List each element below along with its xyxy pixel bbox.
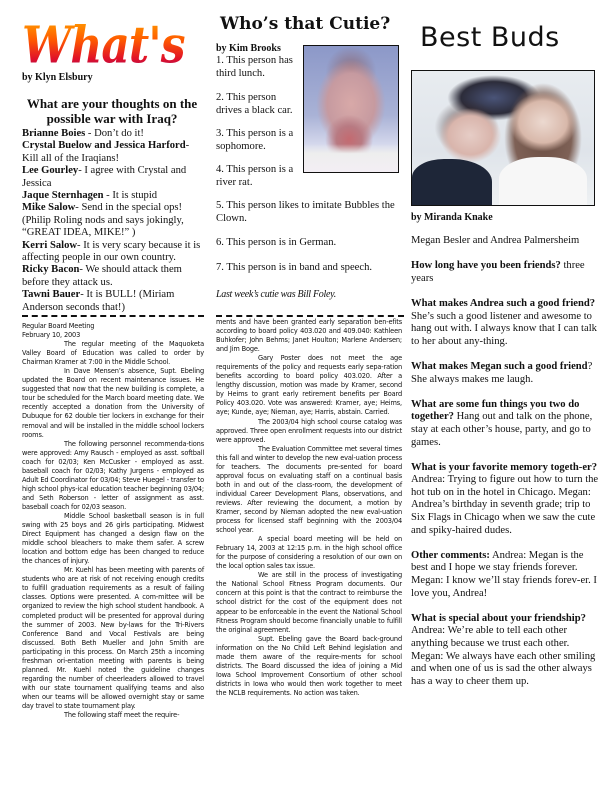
cutie-clue: 2. This person drives a black car. — [216, 92, 298, 117]
poll-answer: Jaque Sternhagen - It is stupid — [22, 190, 204, 202]
board-paragraph: Supt. Ebeling gave the Board back-ground… — [216, 635, 402, 698]
respondent-name: Lee Gourley — [22, 165, 78, 176]
baby-photo — [303, 45, 399, 173]
interview-question: What makes Megan such a good friend — [411, 361, 588, 372]
poll-answer: Crystal Buelow and Jessica Harford- Kill… — [22, 140, 204, 165]
board-paragraph: The following personnel recommenda-tions… — [22, 440, 204, 512]
cutie-title: Who’s that Cutie? — [220, 14, 390, 34]
interview-question: Other comments: — [411, 550, 490, 561]
respondent-name: Crystal Buelow and Jessica Harford — [22, 140, 186, 151]
interview-qa: What makes Megan such a good friend? She… — [411, 361, 603, 386]
board-paragraph: ments and have been granted early separa… — [216, 318, 402, 354]
cutie-clue: 6. This person is in German. — [216, 237, 402, 250]
interview-question: What is your favorite memory togeth-er? — [411, 462, 603, 475]
board-paragraph: The Evaluation Committee met several tim… — [216, 445, 402, 535]
board-paragraph: Middle School basketball season is in fu… — [22, 512, 204, 566]
best-buds-names: Megan Besler and Andrea Palmersheim — [411, 235, 603, 248]
cutie-clue: 5. This person likes to imitate Bubbles … — [216, 200, 402, 225]
board-paragraph: The following staff meet the require- — [22, 711, 204, 720]
respondent-name: Ricky Bacon — [22, 264, 79, 275]
interview-question: What is special about your friendship? — [411, 613, 603, 626]
board-paragraph: In Dave Mensen’s absence, Supt. Ebeling … — [22, 367, 204, 439]
poll-answers: Brianne Boies - Don’t do it! Crystal Bue… — [22, 128, 204, 314]
poll-answer: Tawni Bauer- It is BULL! (Miriam Anderso… — [22, 289, 204, 314]
poll-answer: Lee Gourley- I agree with Crystal and Je… — [22, 165, 204, 190]
cutie-clue: 7. This person is in band and speech. — [216, 262, 402, 275]
cutie-clue: 3. This person is a sophomore. — [216, 128, 298, 153]
respondent-name: Mike Salow — [22, 202, 75, 213]
section-divider-left — [22, 315, 204, 317]
interview-qa: What is special about your friendship?An… — [411, 613, 603, 689]
respondent-name: Brianne Boies — [22, 128, 85, 139]
interview-qa: What is your favorite memory togeth-er?A… — [411, 462, 603, 538]
interview-qa: Other comments: Andrea: Megan is the bes… — [411, 550, 603, 600]
poll-answer: Brianne Boies - Don’t do it! — [22, 128, 204, 140]
respondent-answer: - Don’t do it! — [85, 128, 144, 139]
interview-answer: She’s such a good listener and awesome t… — [411, 311, 597, 347]
best-buds-byline: by Miranda Knake — [411, 212, 493, 223]
whats-up-byline: by Klyn Elsbury — [22, 72, 93, 83]
board-meeting-heading: Regular Board Meeting — [22, 322, 204, 331]
board-meeting-column-left: Regular Board Meeting February 10, 2003 … — [22, 322, 204, 720]
respondent-name: Jaque Sternhagen — [22, 190, 104, 201]
whats-up-title: What's Up? — [22, 14, 202, 78]
board-meeting-date: February 10, 2003 — [22, 331, 204, 340]
interview-qa: What makes Andrea such a good friend? Sh… — [411, 298, 603, 348]
last-week-cutie: Last week’s cutie was Bill Foley. — [216, 289, 336, 300]
poll-question: What are your thoughts on the possible w… — [22, 96, 202, 126]
board-paragraph: A special board meeting will be held on … — [216, 535, 402, 571]
section-divider-mid — [216, 315, 404, 317]
interview-answer: Andrea: Trying to figure out how to turn… — [411, 474, 598, 535]
respondent-name: Kerri Salow — [22, 240, 77, 251]
cutie-clue: 4. This person is a river rat. — [216, 164, 298, 189]
board-meeting-column-mid: ments and have been granted early separa… — [216, 318, 402, 698]
interview-qa: What are some fun things you two do toge… — [411, 399, 603, 449]
best-buds-title: Best Buds — [420, 22, 560, 53]
cutie-byline: by Kim Brooks — [216, 43, 281, 54]
board-paragraph: The regular meeting of the Maquoketa Val… — [22, 340, 204, 367]
respondent-name: Tawni Bauer — [22, 289, 80, 300]
best-buds-interview: Megan Besler and Andrea Palmersheim How … — [411, 235, 603, 701]
interview-qa: How long have you been friends? three ye… — [411, 260, 603, 285]
board-paragraph: The 2003/04 high school course catalog w… — [216, 418, 402, 445]
best-buds-photo — [411, 70, 595, 206]
board-paragraph: We are still in the process of investiga… — [216, 571, 402, 634]
interview-question: What makes Andrea such a good friend? — [411, 298, 595, 309]
poll-answer: Ricky Bacon- We should attack them befor… — [22, 264, 204, 289]
respondent-answer: - It is stupid — [104, 190, 158, 201]
interview-question: How long have you been friends? — [411, 260, 561, 271]
board-paragraph: Mr. Kuehl has been meeting with parents … — [22, 566, 204, 711]
poll-answer: Kerri Salow- It is very scary because it… — [22, 240, 204, 265]
board-paragraph: Gary Poster does not meet the age requir… — [216, 354, 402, 417]
cutie-clue: 1. This person has third lunch. — [216, 55, 298, 80]
poll-answer: Mike Salow- Send in the special ops! (Ph… — [22, 202, 204, 239]
interview-answer: Andrea: We’re able to tell each other an… — [411, 625, 595, 686]
